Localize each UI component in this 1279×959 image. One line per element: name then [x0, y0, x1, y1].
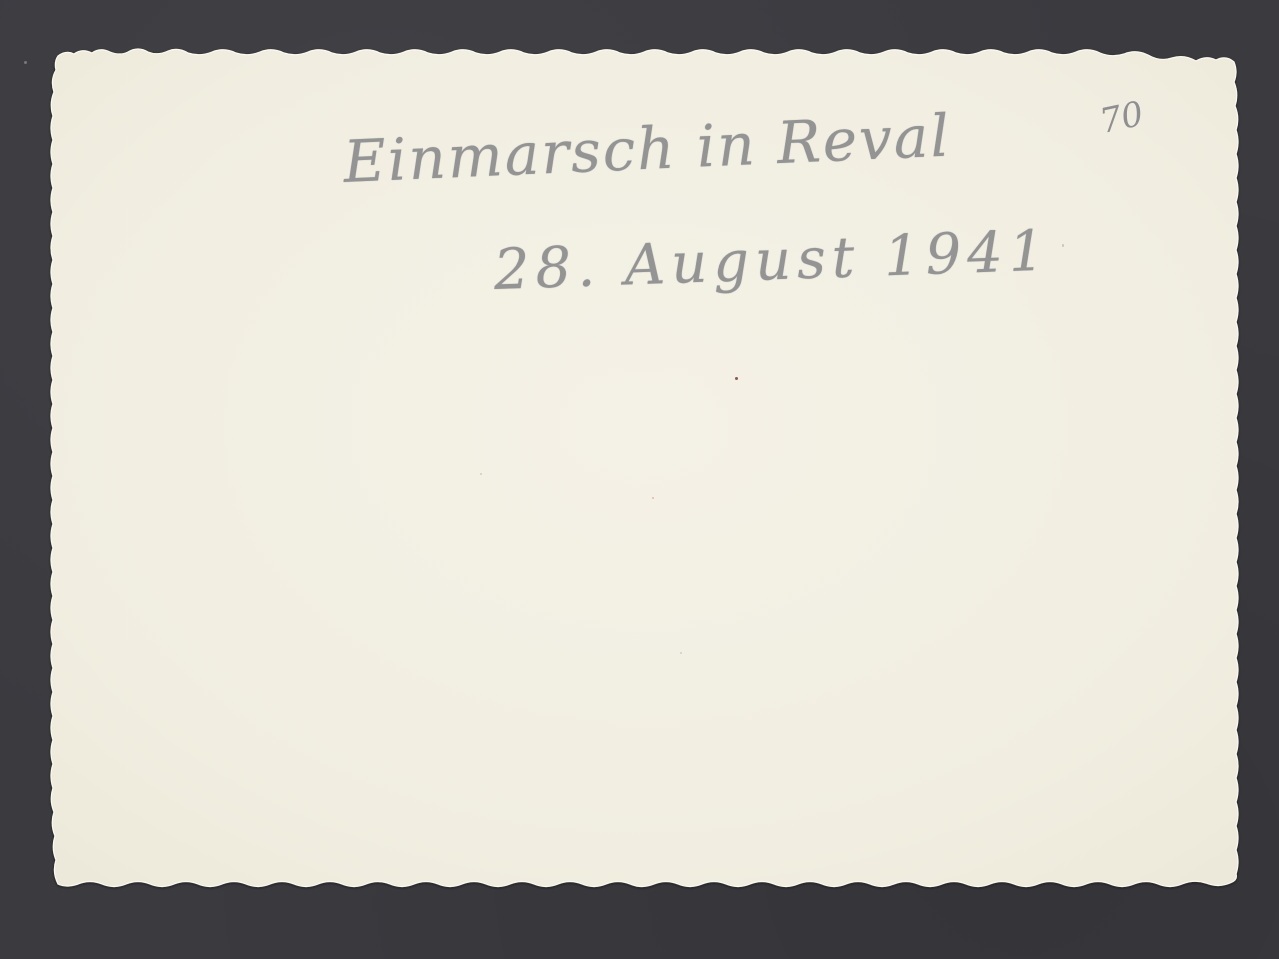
scanned-photo-back: Einmarsch in Reval 28. August 1941 70	[0, 0, 1279, 959]
background-dust	[24, 61, 27, 64]
paper-speck	[1062, 244, 1064, 247]
paper-speck	[735, 377, 738, 380]
paper-speck	[680, 652, 682, 654]
paper-speck	[480, 473, 482, 475]
paper-speck	[652, 497, 654, 499]
